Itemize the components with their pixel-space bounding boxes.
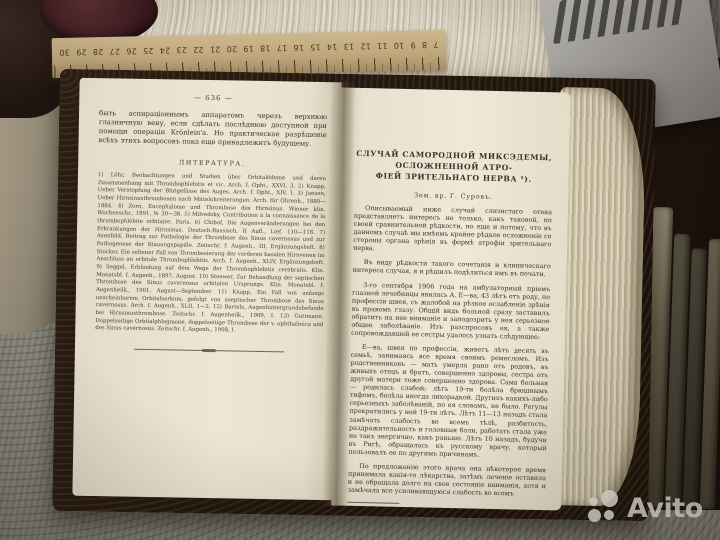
watermark-label: Avito [627,493,703,524]
logo-dot [588,509,601,522]
section-end-ornament [134,348,284,354]
literature-references: 1) Löhr, Beobachtungen und Studien über … [95,172,326,337]
book-left-page: — 636 — быть аспираціоннымъ аппаратомъ ч… [72,78,341,501]
logo-dot [589,497,598,506]
logo-dot [601,490,618,507]
book-right-page: СЛУЧАЙ САМОРОДНОЙ МИКСЭДЕМЫ, ОСЛОЖНЕННОЙ… [331,87,570,510]
avito-logo-icon [588,490,622,526]
photo-of-open-antique-book: 7 8 9 10 11 12 13 14 15 16 17 18 19 20 2… [0,0,720,540]
article-paragraph: Въ виду рѣдкости такого сочетанія и клин… [353,258,551,279]
stacked-old-books [643,207,720,509]
article-author: Зем. вр. Г. Суровъ. [354,190,552,202]
ruler-scale-numbers: 7 8 9 10 11 12 13 14 15 16 17 18 19 20 2… [56,37,442,57]
article-paragraph: По предложенію этого врача она нѣкоторое… [348,462,547,499]
page-number: — 636 — [99,92,327,104]
article-paragraph: 3-го сентября 1906 года на амбулаторный … [351,280,550,341]
literature-heading: ЛИТЕРАТУРА. [98,157,326,169]
appliance-vent-slats [553,0,688,44]
avito-watermark: Avito [588,482,714,534]
logo-dot [604,510,614,520]
left-page-paragraph: быть аспираціоннымъ аппаратомъ черезъ ве… [98,109,327,149]
article-paragraph: Е—ва, швея по профессіи, живетъ лѣтъ дес… [348,343,549,460]
footnote-rule [347,502,399,504]
article-paragraph: Описываемый ниже случай слизистаго отека… [353,204,552,257]
